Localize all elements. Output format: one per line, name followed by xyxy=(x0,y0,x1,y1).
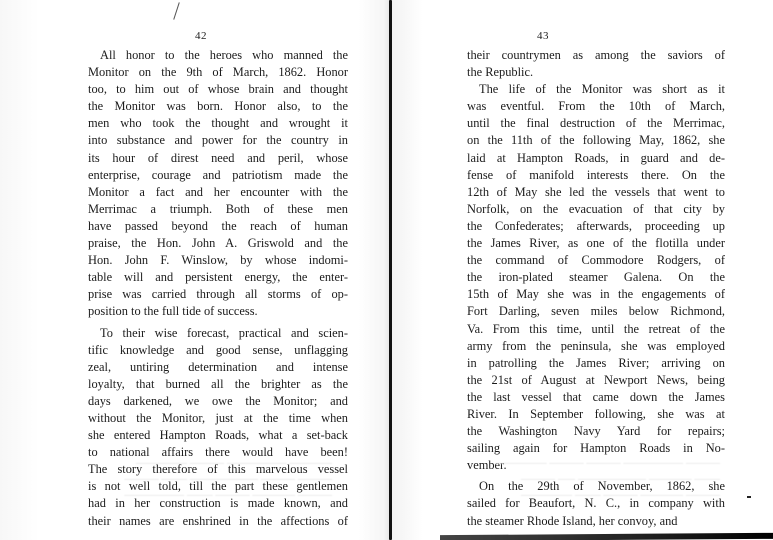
text-line: Merrimac a triumph. Both of these men xyxy=(88,201,348,218)
text-line: loyalty, that burned all the brighter as… xyxy=(88,376,348,393)
text-line: tific knowledge and good sense, unflaggi… xyxy=(88,342,348,359)
text-line: The life of the Monitor was short as it xyxy=(467,81,725,98)
text-line: fense of manifold interests there. On th… xyxy=(467,167,725,184)
text-line: River. In September following, she was a… xyxy=(467,406,725,423)
text-line: the steamer Rhode Island, her convoy, an… xyxy=(467,513,725,530)
text-line: until the final destruction of the Merri… xyxy=(467,115,725,132)
text-line: Norfolk, on the evacuation of that city … xyxy=(467,201,725,218)
show-through-text: ──── ─────── ──── ──── ───────── ───── ─… xyxy=(470,455,720,503)
text-line: the James River, as one of the flotilla … xyxy=(467,235,725,252)
text-line: the Monitor was born. Honor also, to the xyxy=(88,98,348,115)
right-page: 43 their countrymen as among the saviors… xyxy=(392,0,773,540)
text-line: enterprise, courage and patriotism made … xyxy=(88,167,348,184)
text-line: without the Monitor, just at the time wh… xyxy=(88,410,348,427)
text-line: the 21st of August at Newport News, bein… xyxy=(467,372,725,389)
text-line: the Confederates; afterwards, proceeding… xyxy=(467,218,725,235)
text-line: its hour of direst need and peril, whose xyxy=(88,150,348,167)
text-line: she entered Hampton Roads, what a set-ba… xyxy=(88,427,348,444)
text-line: their countrymen as among the saviors of xyxy=(467,47,725,64)
text-line: too, to him out of whose brain and thoug… xyxy=(88,81,348,98)
text-line: men who took the thought and wrought it xyxy=(88,115,348,132)
scan-mark xyxy=(173,2,180,19)
text-line: the iron-plated steamer Galena. On the xyxy=(467,269,725,286)
page-bottom-edge xyxy=(440,533,773,540)
text-line: prise was carried through all storms of … xyxy=(88,286,348,303)
text-line: in patrolling the James River; arriving … xyxy=(467,355,725,372)
text-line: position to the full tide of success. xyxy=(88,303,348,320)
text-line: have passed beyond the reach of human xyxy=(88,218,348,235)
text-line: Va. From this time, until the retreat of… xyxy=(467,321,725,338)
scan-speck xyxy=(747,496,751,498)
book-spread: 42 All honor to the heroes who manned th… xyxy=(0,0,773,540)
text-line: Fort Darling, seven miles below Richmond… xyxy=(467,303,725,320)
text-line: 12th of May she led the vessels that wen… xyxy=(467,184,725,201)
text-line: Monitor a fact and her encounter with th… xyxy=(88,184,348,201)
show-through-text: ───── ─────── ──── ────────── ──── ─────… xyxy=(92,455,332,503)
text-line: the last vessel that came down the James xyxy=(467,389,725,406)
text-line: the Republic. xyxy=(467,64,725,81)
text-line: Hon. John F. Winslow, by whose indomi- xyxy=(88,252,348,269)
page-number: 42 xyxy=(195,30,207,42)
text-line: their names are enshrined in the affecti… xyxy=(88,513,348,530)
text-line: table will and persistent energy, the en… xyxy=(88,269,348,286)
text-line: into substance and power for the country… xyxy=(88,132,348,149)
page-number: 43 xyxy=(537,30,549,42)
text-line: on the 11th of the following May, 1862, … xyxy=(467,132,725,149)
left-page: 42 All honor to the heroes who manned th… xyxy=(0,0,390,540)
text-line: To their wise forecast, practical and sc… xyxy=(88,325,348,342)
text-line: was eventful. From the 10th of March, xyxy=(467,98,725,115)
text-line: 15th of May she was in the engagements o… xyxy=(467,286,725,303)
text-line: days darkened, we owe the Monitor; and xyxy=(88,393,348,410)
text-line: All honor to the heroes who manned the xyxy=(88,47,348,64)
text-line: zeal, untiring determination and intense xyxy=(88,359,348,376)
text-line: the Washington Navy Yard for repairs; xyxy=(467,423,725,440)
text-line: Monitor on the 9th of March, 1862. Honor xyxy=(88,64,348,81)
text-line: army from the peninsula, she was employe… xyxy=(467,338,725,355)
text-line: praise, the Hon. John A. Griswold and th… xyxy=(88,235,348,252)
text-line: laid at Hampton Roads, in guard and de- xyxy=(467,150,725,167)
text-line: the command of Commodore Rodgers, of xyxy=(467,252,725,269)
